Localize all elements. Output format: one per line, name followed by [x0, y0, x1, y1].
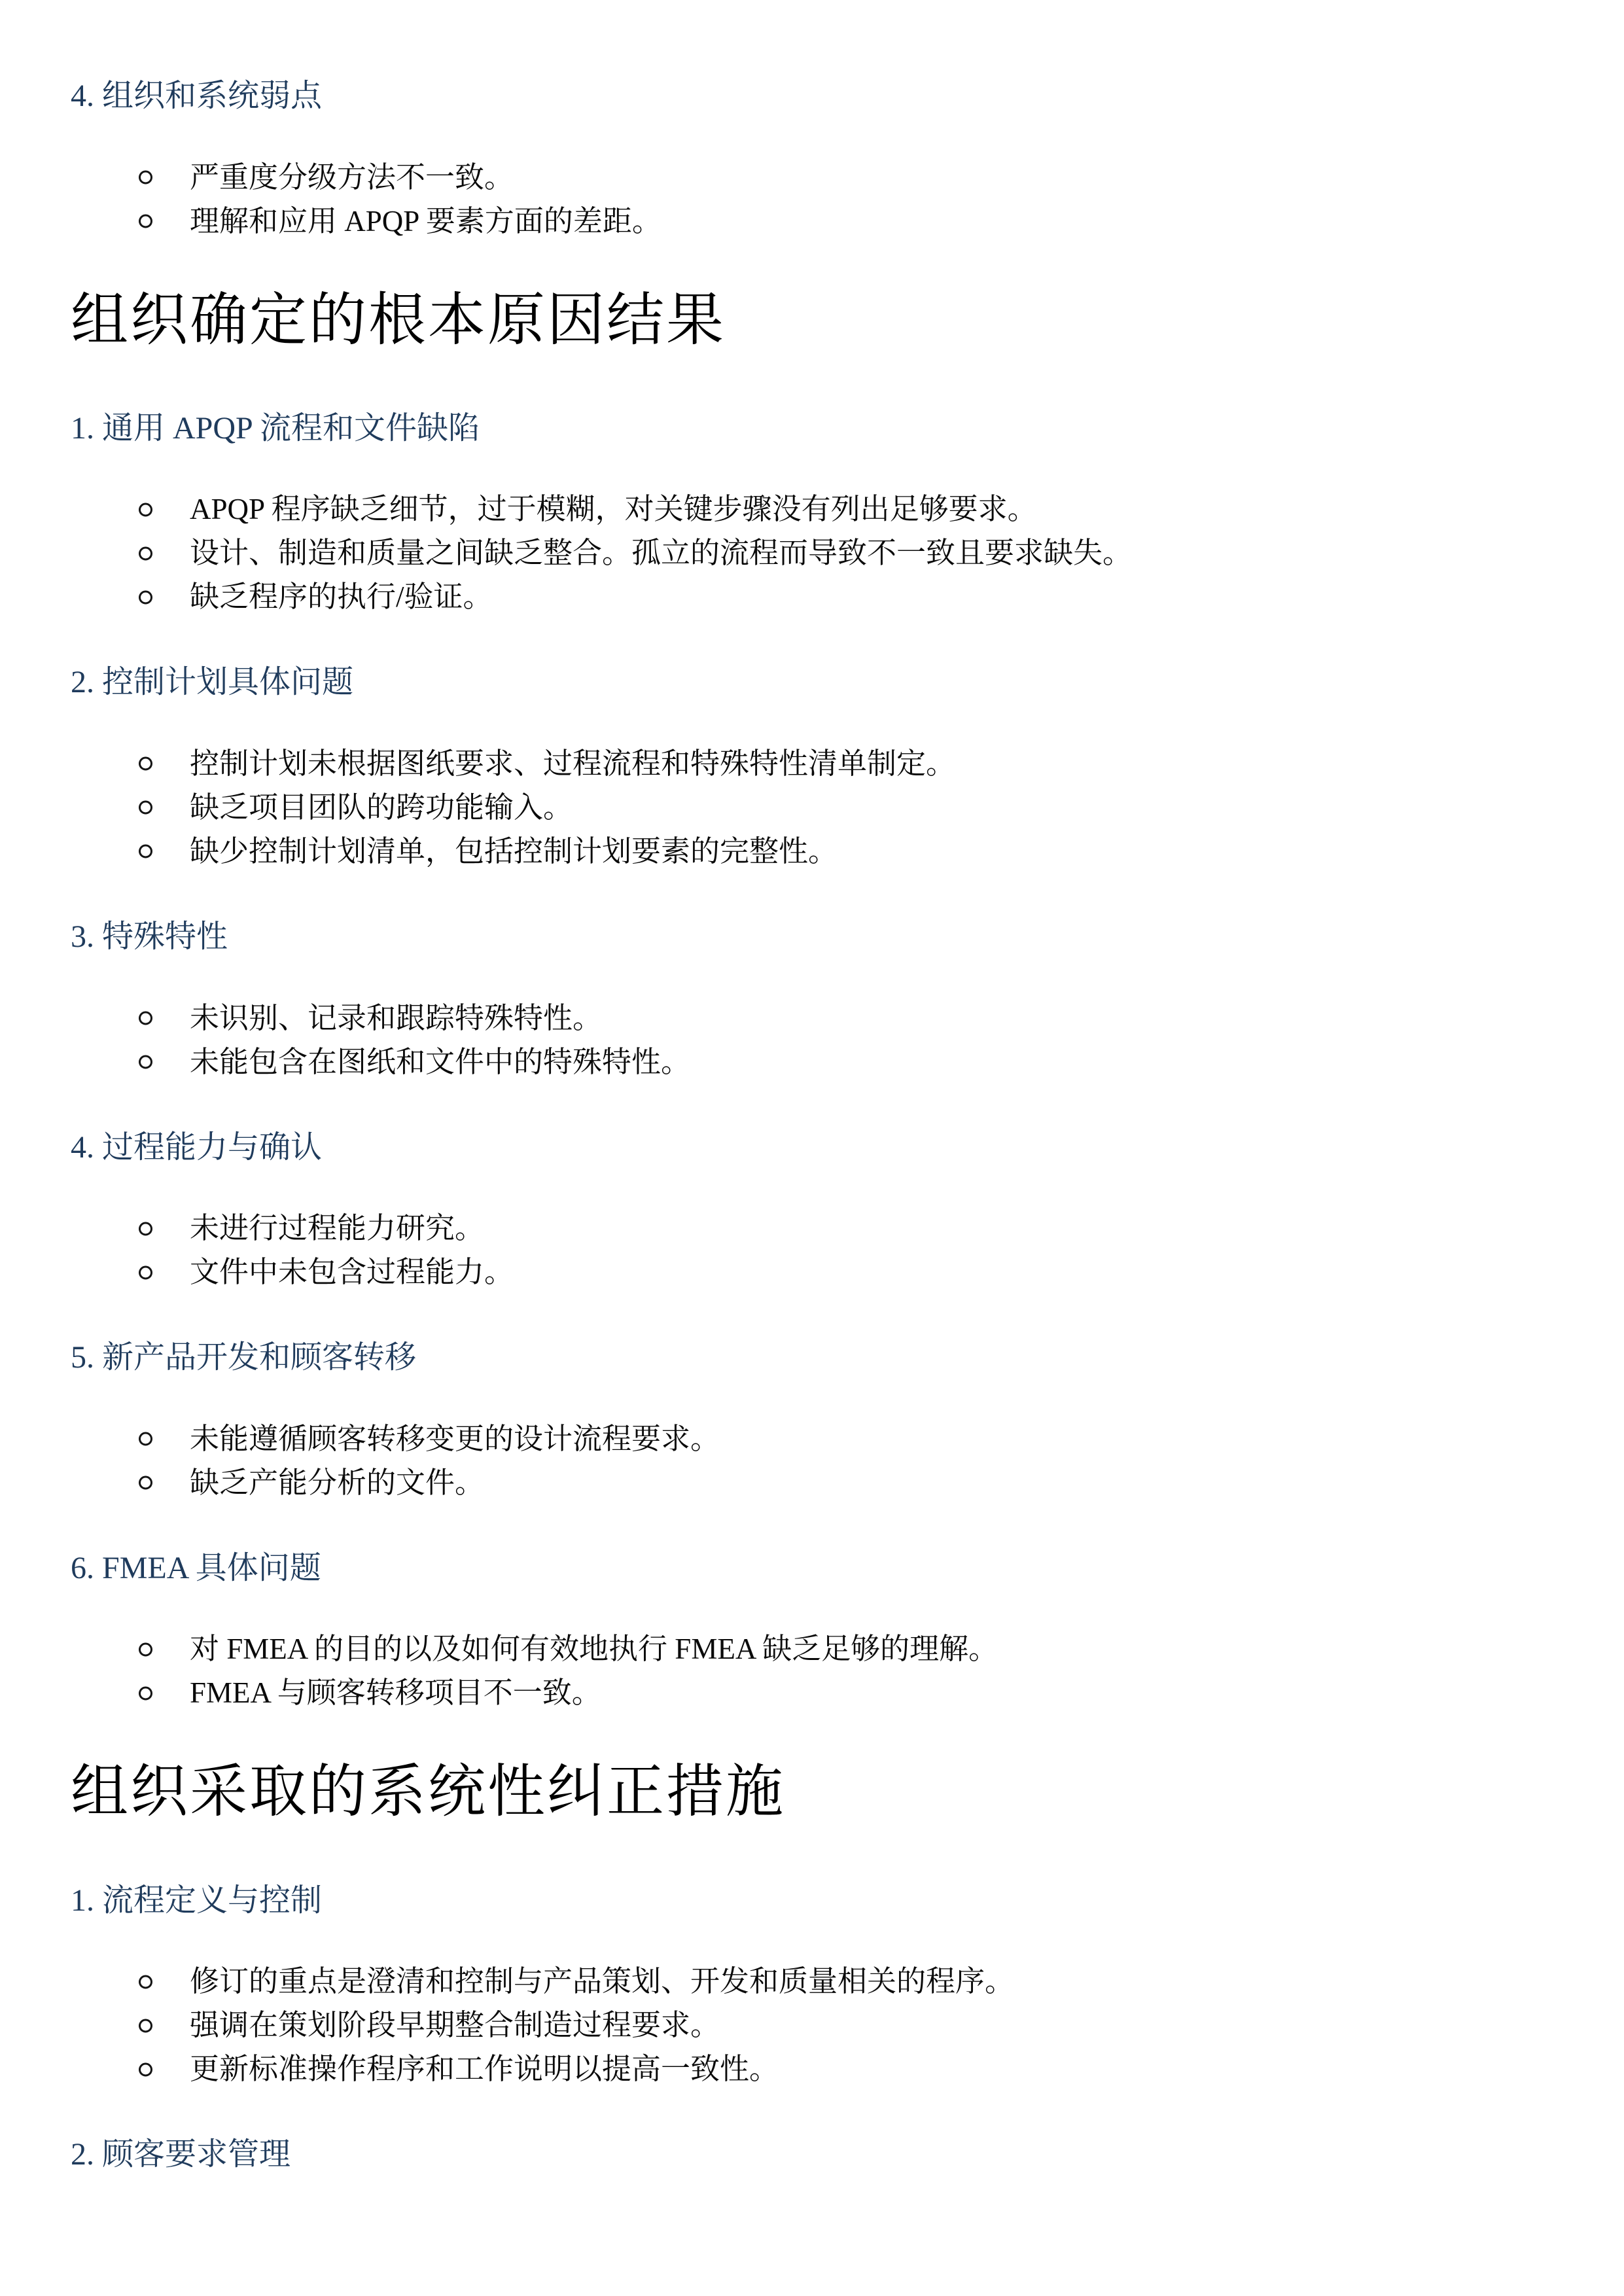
section-heading-process-capability: 4. 过程能力与确认	[71, 1129, 1545, 1167]
list-item-text: 文件中未包含过程能力。	[190, 1256, 514, 1288]
list-item-text: 严重度分级方法不一致。	[190, 161, 514, 194]
list-item-text: 理解和应用 APQP 要素方面的差距。	[190, 205, 662, 238]
list-item-text: 强调在策划阶段早期整合制造过程要求。	[190, 2009, 720, 2041]
list-item: 理解和应用 APQP 要素方面的差距。	[71, 200, 1545, 243]
list-item: 设计、制造和质量之间缺乏整合。孤立的流程而导致不一致且要求缺失。	[71, 531, 1545, 575]
list-item: 未能遵循顾客转移变更的设计流程要求。	[71, 1417, 1545, 1461]
bullet-circle-icon	[139, 1686, 152, 1700]
list-item: 文件中未包含过程能力。	[71, 1250, 1545, 1294]
bullet-circle-icon	[139, 2019, 152, 2032]
bullet-list: 未进行过程能力研究。 文件中未包含过程能力。	[71, 1207, 1545, 1294]
bullet-list: 控制计划未根据图纸要求、过程流程和特殊特性清单制定。 缺乏项目团队的跨功能输入。…	[71, 742, 1545, 874]
bullet-circle-icon	[139, 546, 152, 560]
list-item-text: FMEA 与顾客转移项目不一致。	[190, 1676, 601, 1709]
section-heading-customer-requirements: 2. 顾客要求管理	[71, 2136, 1545, 2174]
bullet-circle-icon	[139, 215, 152, 228]
page-title-root-cause: 组织确定的根本原因结果	[71, 288, 1545, 354]
list-item: 未识别、记录和跟踪特殊特性。	[71, 997, 1545, 1040]
list-item: 未进行过程能力研究。	[71, 1207, 1545, 1250]
bullet-circle-icon	[139, 1222, 152, 1235]
bullet-circle-icon	[139, 1432, 152, 1446]
bullet-list: 未能遵循顾客转移变更的设计流程要求。 缺乏产能分析的文件。	[71, 1417, 1545, 1505]
bullet-circle-icon	[139, 1012, 152, 1025]
list-item-text: 缺乏程序的执行/验证。	[190, 580, 493, 613]
bullet-circle-icon	[139, 2062, 152, 2076]
bullet-circle-icon	[139, 1265, 152, 1279]
section-heading-general-apqp: 1. 通用 APQP 流程和文件缺陷	[71, 410, 1545, 448]
list-item-text: 控制计划未根据图纸要求、过程流程和特殊特性清单制定。	[190, 747, 955, 780]
bullet-list: APQP 程序缺乏细节，过于模糊，对关键步骤没有列出足够要求。 设计、制造和质量…	[71, 487, 1545, 619]
list-item-text: 未能包含在图纸和文件中的特殊特性。	[190, 1046, 690, 1078]
bullet-circle-icon	[139, 1975, 152, 1988]
bullet-circle-icon	[139, 757, 152, 771]
bullet-circle-icon	[139, 1476, 152, 1490]
list-item: 缺乏程序的执行/验证。	[71, 575, 1545, 619]
bullet-circle-icon	[139, 1055, 152, 1069]
list-item: APQP 程序缺乏细节，过于模糊，对关键步骤没有列出足够要求。	[71, 487, 1545, 531]
section-heading-special-characteristics: 3. 特殊特性	[71, 918, 1545, 956]
section-heading-control-plan: 2. 控制计划具体问题	[71, 663, 1545, 701]
page-title-corrective-actions: 组织采取的系统性纠正措施	[71, 1759, 1545, 1826]
bullet-circle-icon	[139, 171, 152, 185]
section-heading-process-definition-control: 1. 流程定义与控制	[71, 1882, 1545, 1920]
list-item: 未能包含在图纸和文件中的特殊特性。	[71, 1040, 1545, 1084]
list-item: 强调在策划阶段早期整合制造过程要求。	[71, 2004, 1545, 2047]
section-heading-fmea: 6. FMEA 具体问题	[71, 1549, 1545, 1587]
section-heading-org-system-weakness: 4. 组织和系统弱点	[71, 77, 1545, 115]
list-item: FMEA 与顾客转移项目不一致。	[71, 1671, 1545, 1715]
bullet-circle-icon	[139, 1642, 152, 1656]
list-item: 缺少控制计划清单，包括控制计划要素的完整性。	[71, 830, 1545, 874]
bullet-circle-icon	[139, 801, 152, 815]
list-item-text: 未识别、记录和跟踪特殊特性。	[190, 1002, 602, 1034]
list-item-text: 设计、制造和质量之间缺乏整合。孤立的流程而导致不一致且要求缺失。	[190, 537, 1132, 569]
list-item-text: 未进行过程能力研究。	[190, 1212, 484, 1245]
list-item: 严重度分级方法不一致。	[71, 156, 1545, 200]
list-item-text: 缺乏产能分析的文件。	[190, 1466, 484, 1499]
bullet-circle-icon	[139, 503, 152, 516]
list-item-text: 缺少控制计划清单，包括控制计划要素的完整性。	[190, 835, 838, 868]
list-item: 更新标准操作程序和工作说明以提高一致性。	[71, 2047, 1545, 2091]
list-item-text: 更新标准操作程序和工作说明以提高一致性。	[190, 2053, 779, 2085]
bullet-list: 对 FMEA 的目的以及如何有效地执行 FMEA 缺乏足够的理解。 FMEA 与…	[71, 1627, 1545, 1715]
list-item-text: 未能遵循顾客转移变更的设计流程要求。	[190, 1422, 720, 1455]
list-item: 控制计划未根据图纸要求、过程流程和特殊特性清单制定。	[71, 742, 1545, 786]
list-item-text: 修订的重点是澄清和控制与产品策划、开发和质量相关的程序。	[190, 1965, 1014, 1998]
document-page: 4. 组织和系统弱点 严重度分级方法不一致。 理解和应用 APQP 要素方面的差…	[0, 0, 1624, 2296]
list-item: 缺乏产能分析的文件。	[71, 1461, 1545, 1505]
list-item-text: 缺乏项目团队的跨功能输入。	[190, 791, 573, 824]
bullet-circle-icon	[139, 845, 152, 858]
bullet-list: 修订的重点是澄清和控制与产品策划、开发和质量相关的程序。 强调在策划阶段早期整合…	[71, 1960, 1545, 2091]
bullet-list: 严重度分级方法不一致。 理解和应用 APQP 要素方面的差距。	[71, 156, 1545, 243]
section-heading-npd-customer-transfer: 5. 新产品开发和顾客转移	[71, 1339, 1545, 1377]
list-item: 修订的重点是澄清和控制与产品策划、开发和质量相关的程序。	[71, 1960, 1545, 2004]
list-item: 缺乏项目团队的跨功能输入。	[71, 786, 1545, 830]
list-item-text: 对 FMEA 的目的以及如何有效地执行 FMEA 缺乏足够的理解。	[190, 1633, 998, 1665]
list-item: 对 FMEA 的目的以及如何有效地执行 FMEA 缺乏足够的理解。	[71, 1627, 1545, 1671]
list-item-text: APQP 程序缺乏细节，过于模糊，对关键步骤没有列出足够要求。	[190, 493, 1037, 525]
bullet-list: 未识别、记录和跟踪特殊特性。 未能包含在图纸和文件中的特殊特性。	[71, 997, 1545, 1084]
bullet-circle-icon	[139, 590, 152, 604]
